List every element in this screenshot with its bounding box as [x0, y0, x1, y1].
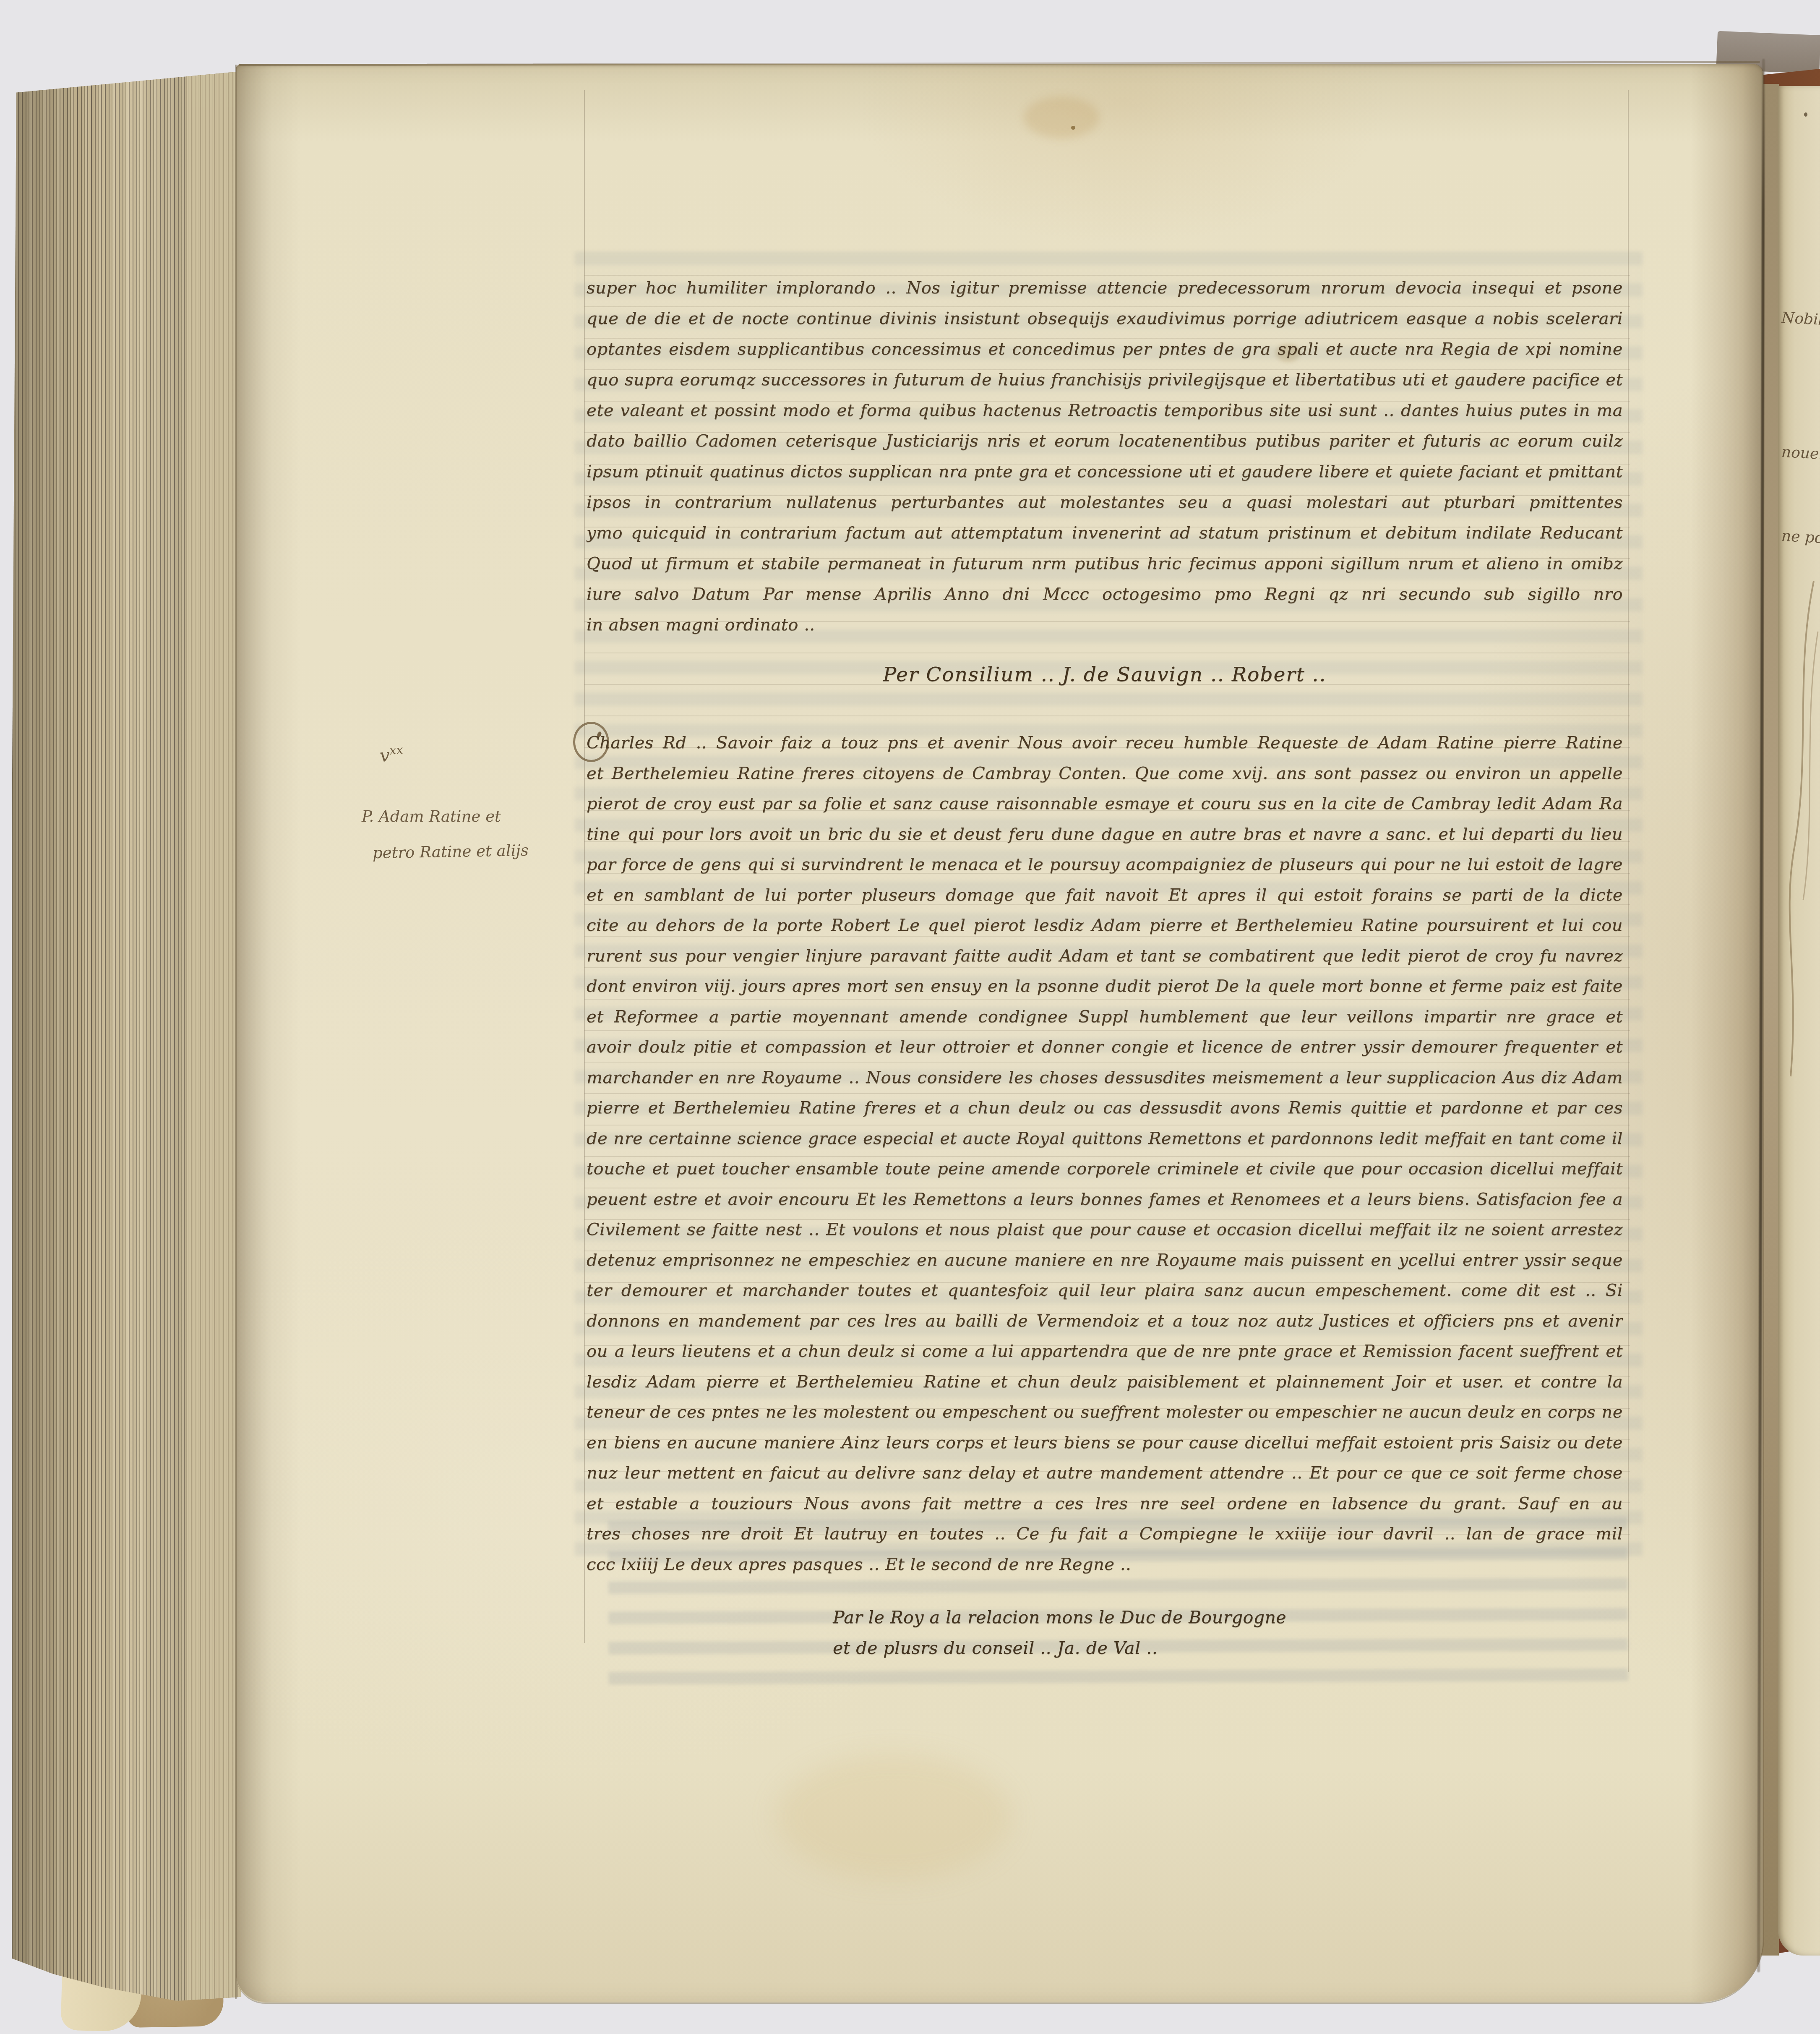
french-text-line: Civilement se faitte nest .. Et voulons … — [587, 1214, 1623, 1245]
gutter-shadow — [1691, 64, 1764, 2002]
french-text-line: rurent sus pour vengier linjure paravant… — [587, 941, 1623, 971]
latin-text-line: super hoc humiliter implorando .. Nos ig… — [587, 273, 1623, 303]
french-text-line: marchander en nre Royaume .. Nous consid… — [587, 1063, 1623, 1093]
french-text-line: tres choses nre droit Et lautruy en tout… — [587, 1519, 1623, 1549]
french-text-line: Charles Rd .. Savoir faiz a touz pns et … — [587, 728, 1623, 758]
french-text-line: et en samblant de lui porter pluseurs do… — [587, 880, 1623, 911]
pen-flourish — [1778, 581, 1820, 1211]
latin-text-line: quo supra eorumqz successores in futurum… — [587, 365, 1623, 395]
french-text-line: en biens en aucune maniere Ainz leurs co… — [587, 1428, 1623, 1458]
french-text-line: de nre certainne science grace especial … — [587, 1123, 1623, 1154]
french-text-line: detenuz emprisonnez ne empeschiez en auc… — [587, 1245, 1623, 1276]
french-text-line: tine qui pour lors avoit un bric du sie … — [587, 819, 1623, 850]
french-text-line: et Reformee a partie moyennant amende co… — [587, 1002, 1623, 1032]
latin-text-line: que de die et de nocte continue divinis … — [587, 303, 1623, 334]
french-text-line: ter demourer et marchander toutes et qua… — [587, 1275, 1623, 1306]
latin-text-line: ymo quicquid in contrarium factum aut at… — [587, 518, 1623, 548]
facing-page-text-fragment: nouem a — [1781, 444, 1820, 463]
french-text-line: ccc lxiiij Le deux apres pasques .. Et l… — [587, 1549, 1623, 1580]
french-text-line: donnons en mandement par ces lres au bai… — [587, 1306, 1623, 1337]
french-remission-entry: Charles Rd .. Savoir faiz a touz pns et … — [587, 728, 1623, 1580]
french-text-line: dont environ viij. jours apres mort sen … — [587, 971, 1623, 1002]
french-text-line: pierre et Berthelemieu Ratine freres et … — [587, 1093, 1623, 1123]
folio-mark-superscript: xx — [389, 743, 404, 758]
margin-folio-mark: vxx — [379, 743, 404, 766]
latin-text-line: iure salvo Datum Par mense Aprilis Anno … — [587, 579, 1623, 610]
french-text-line: teneur de ces pntes ne les molestent ou … — [587, 1397, 1623, 1428]
french-text-line: peuent estre et avoir encouru Et les Rem… — [587, 1184, 1623, 1215]
latin-text-line: dato baillio Cadomen ceterisque Justicia… — [587, 426, 1623, 457]
fore-edge-page-stack — [12, 71, 241, 2001]
latin-text-line: optantes eisdem supplicantibus concessim… — [587, 334, 1623, 365]
french-text-line: avoir doulz pitie et compassion et leur … — [587, 1032, 1623, 1063]
french-text-line: par force de gens qui si survindrent le … — [587, 849, 1623, 880]
fore-edge-inner-leaves — [186, 71, 241, 2001]
page-left-fold-shadow — [236, 64, 301, 2002]
latin-charter-entry: super hoc humiliter implorando .. Nos ig… — [587, 273, 1623, 640]
latin-text-line: ipsos in contrarium nullatenus perturban… — [587, 487, 1623, 518]
french-text-line: cite au dehors de la porte Robert Le que… — [587, 910, 1623, 941]
french-text-line: pierot de croy eust par sa folie et sanz… — [587, 789, 1623, 819]
french-text-line: et Berthelemieu Ratine freres citoyens d… — [587, 758, 1623, 789]
french-text-line: touche et puet toucher ensamble toute pe… — [587, 1154, 1623, 1184]
latin-text-line: ipsum ptinuit quatinus dictos supplican … — [587, 457, 1623, 487]
french-text-line: nuz leur mettent en faicut au delivre sa… — [587, 1458, 1623, 1488]
french-text-line: ou a leurs lieutens et a chun deulz si c… — [587, 1336, 1623, 1367]
scanned-manuscript-photo: Nobilibu nouem a ne po vxx P. Adam Ratin… — [0, 0, 1820, 2034]
margin-note-line: petro Ratine et alijs — [373, 841, 529, 862]
facing-page-text-fragment: Nobilibu — [1781, 309, 1820, 329]
latin-text-line: ete valeant et possint modo et forma qui… — [587, 395, 1623, 426]
latin-text-line: Quod ut firmum et stabile permaneat in f… — [587, 548, 1623, 579]
chancery-subscription-line: Per Consilium .. J. de Sauvign .. Robert… — [587, 663, 1623, 686]
left-margin-ruling — [584, 90, 585, 1643]
ink-speck — [1804, 112, 1807, 117]
latin-text-line: in absen magni ordinato .. — [587, 610, 1623, 640]
facing-page-text-fragment: ne po — [1781, 527, 1820, 547]
closing-formula: Par le Roy a la relacion mons le Duc de … — [833, 1602, 1420, 1663]
closing-line-royal: Par le Roy a la relacion mons le Duc de … — [833, 1602, 1420, 1633]
right-margin-ruling — [1628, 90, 1629, 1672]
margin-note-line: P. Adam Ratine et — [362, 807, 501, 825]
closing-line-council: et de plusrs du conseil .. Ja. de Val .. — [833, 1633, 1420, 1663]
french-text-line: lesdiz Adam pierre et Berthelemieu Ratin… — [587, 1367, 1623, 1397]
ink-speck — [1071, 126, 1075, 130]
facing-page-sliver: Nobilibu nouem a ne po — [1778, 86, 1820, 1956]
french-text-line: et estable a touziours Nous avons fait m… — [587, 1488, 1623, 1519]
